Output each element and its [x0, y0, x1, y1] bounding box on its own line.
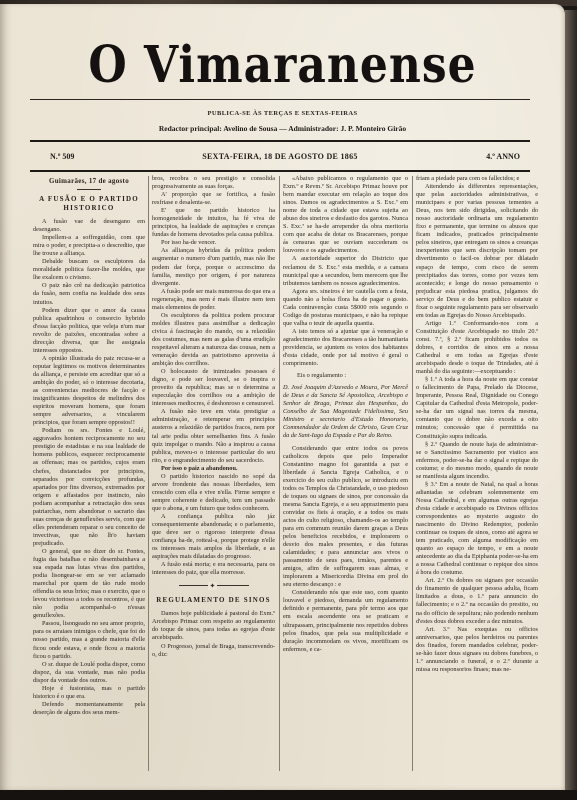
paragraph: O sr. duque de Loulé podia dispor, como … — [33, 661, 145, 685]
paragraph: O partido historico nascido no sopé da a… — [152, 473, 275, 513]
paragraph: O holocausto de inimizades pessoaes é di… — [152, 368, 275, 408]
paragraph: bros, recobra o seu prestigio e consolid… — [152, 175, 275, 191]
paragraph: A' proporção que se fortifica, a fusão r… — [152, 191, 275, 207]
page-right-edge — [565, 10, 577, 790]
paragraph: Os esculptores da politica podem procura… — [152, 312, 275, 368]
paragraph: Attendendo ás differentes representações… — [416, 183, 538, 320]
column-3: «Abaixo publicamos o regulamento que o E… — [283, 175, 408, 770]
paragraph: Eis o regulamento : — [283, 372, 408, 380]
masthead: O Vimaranense — [0, 38, 565, 94]
paragraph: E' que no partido historico ha homogenei… — [152, 207, 275, 239]
staff-line: Redactor principal: Avelino de Sousa — A… — [0, 124, 565, 133]
header-rule-top — [30, 140, 530, 142]
column-dateline: Guimarães, 17 de agosto — [33, 177, 145, 185]
paragraph: O paiz não crê na dedicação patriotica d… — [33, 282, 145, 306]
paragraph: A fusão vae de desengano em desengano. — [33, 218, 145, 234]
column-divider — [279, 176, 280, 771]
column-4: friam a piedade para com os fallecidos; … — [416, 175, 538, 770]
publication-schedule: PUBLICA-SE ÀS TERÇAS E SEXTAS-FEIRAS — [0, 110, 565, 117]
paragraph: Considerando que entre todos os povos ca… — [283, 445, 408, 590]
paragraph: A fusão não teve em vista prestigiar a a… — [152, 408, 275, 464]
paragraph: A confiança publica não jáz consequentem… — [152, 513, 275, 561]
paragraph: A isto temos só a ajuntar que á veneraçã… — [283, 328, 408, 368]
issue-date: SEXTA-FEIRA, 18 DE AGOSTO DE 1865 — [30, 152, 530, 161]
issue-year: 4.º ANNO — [486, 152, 520, 161]
binding-bottom-edge — [0, 790, 577, 800]
paragraph: A opinião illustrada do paiz recusa-se a… — [33, 355, 145, 427]
paragraph: Agora srs. sineiros é ter cautella com a… — [283, 288, 408, 328]
paragraph: Podiam os srs. Fontes e Loulé, aggravado… — [33, 427, 145, 548]
paragraph: Art. 3.º Nas exequias ou officios annive… — [416, 626, 538, 674]
paragraph: Por isso o paiz a abandonou. — [152, 465, 275, 473]
section-divider-ornament: ✦ — [179, 585, 249, 586]
paragraph: Art. 2.º Os dobres ou signaes por occasi… — [416, 577, 538, 625]
paragraph: Passou, lisongeado no seu amor proprio, … — [33, 620, 145, 660]
paragraph: O Progresso, jornal de Braga, transcreve… — [152, 643, 275, 659]
column-1: Guimarães, 17 de agosto A FUSÃO E O PART… — [33, 175, 145, 770]
short-rule — [77, 189, 101, 190]
paragraph: friam a piedade para com os fallecidos; … — [416, 175, 538, 183]
header-rule-bottom — [30, 170, 530, 172]
paragraph: Por isso ha-de vencer. — [152, 239, 275, 247]
ornament-icon: ✦ — [208, 582, 218, 590]
article-headline: A FUSÃO E O PARTIDO HISTORICO — [33, 195, 145, 213]
paragraph: A auctoridade superior do Districto que … — [283, 255, 408, 287]
paragraph: Damos hoje publicidade á pastoral do Exm… — [152, 610, 275, 642]
paragraph: Debalde buscam os esculptores da moralid… — [33, 258, 145, 282]
paragraph: Hoje é fusionista, mas o partido histori… — [33, 685, 145, 701]
paragraph: Podem dizer que o amor da causa publica … — [33, 307, 145, 355]
paragraph: § 2.º Quando de noute haja de administra… — [416, 441, 538, 481]
column-divider — [412, 176, 413, 771]
paragraph: O general, que no dizer do sr. Fontes, f… — [33, 548, 145, 620]
masthead-rule — [30, 99, 530, 100]
column-2: bros, recobra o seu prestigio e consolid… — [152, 175, 275, 770]
paragraph: Artigo 1.º Conformando-nos com a Constit… — [416, 320, 538, 376]
article-headline: REGULAMENTO DE SINOS — [152, 596, 275, 605]
paragraph: Impellem-a a soffreguidão, com que mira … — [33, 234, 145, 258]
paragraph: Considerando nós que este uso, com quant… — [283, 589, 408, 653]
issue-dateline: N.º 509 SEXTA-FEIRA, 18 DE AGOSTO DE 186… — [30, 152, 530, 166]
paragraph: As allianças hybridas da politica podem … — [152, 247, 275, 287]
paragraph: A fusão pode ser mais numerosa do que er… — [152, 288, 275, 312]
paragraph: Defendo momentaneamente pela deserção de… — [33, 701, 145, 717]
paragraph: «Abaixo publicamos o regulamento que o E… — [283, 175, 408, 255]
column-divider — [148, 176, 149, 771]
paragraph: § 1.º A toda a hora da noute em que cons… — [416, 376, 538, 440]
paragraph: A fusão está morta; e era necessaria, pa… — [152, 561, 275, 577]
paragraph: § 3.º Em a noute de Natal, na qual a hor… — [416, 481, 538, 578]
decree-header: D. José Joaquim d'Azevedo e Moura, Por M… — [283, 384, 408, 440]
newspaper-title: O Vimaranense — [0, 34, 565, 98]
